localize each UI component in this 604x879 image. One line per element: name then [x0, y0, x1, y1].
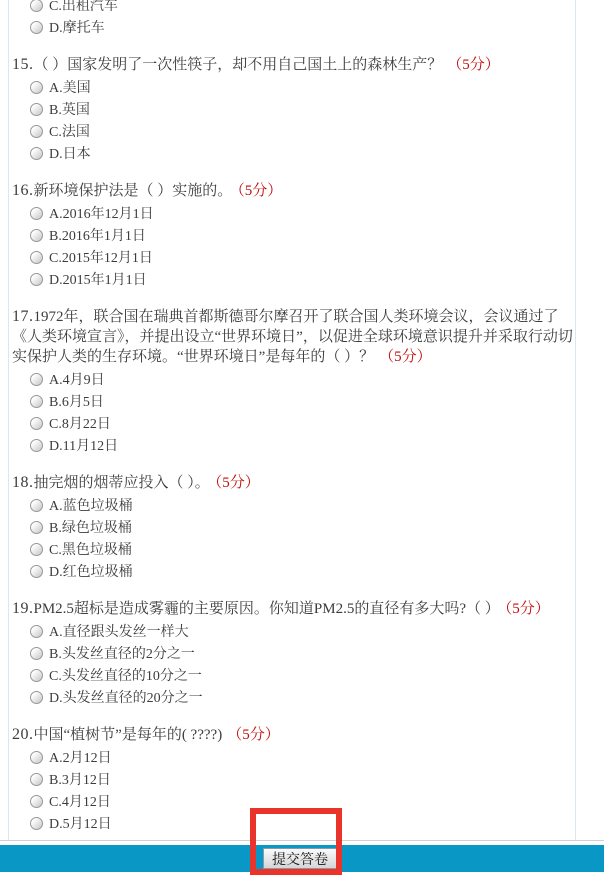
radio-button[interactable]	[30, 691, 43, 704]
question-19-option-c[interactable]: C.头发丝直径的10分之一	[12, 666, 575, 688]
question-text: 新环境保护法是（ ）实施的。	[34, 183, 233, 199]
question-20-option-d[interactable]: D.5月12日	[12, 814, 575, 836]
question-score: （5分）	[215, 475, 260, 491]
radio-button[interactable]	[30, 207, 43, 220]
radio-button[interactable]	[30, 499, 43, 512]
question-18-option-a[interactable]: A.蓝色垃圾桶	[12, 496, 575, 518]
option-label: C.2015年12月1日	[49, 251, 153, 266]
radio-button[interactable]	[30, 543, 43, 556]
question-16-option-d[interactable]: D.2015年1月1日	[12, 270, 575, 292]
radio-button[interactable]	[30, 439, 43, 452]
option-label: C.黑色垃圾桶	[49, 543, 132, 558]
question-14-partial: C.出租汽车 D.摩托车	[12, 0, 575, 40]
question-19-option-b[interactable]: B.头发丝直径的2分之一	[12, 644, 575, 666]
option-label: D.头发丝直径的20分之一	[49, 691, 203, 706]
option-label: C.4月12日	[49, 795, 111, 810]
option-label: B.绿色垃圾桶	[49, 521, 132, 536]
question-text: 中国“植树节”是每年的( ????)	[34, 727, 223, 743]
question-number: 20.	[12, 726, 34, 743]
question-14-option-c[interactable]: C.出租汽车	[12, 0, 575, 18]
radio-button[interactable]	[30, 625, 43, 638]
question-16-option-a[interactable]: A.2016年12月1日	[12, 204, 575, 226]
question-15: 15.（ ）国家发明了一次性筷子，却不用自己国土上的森林生产？（5分） A.美国…	[12, 55, 575, 166]
radio-button[interactable]	[30, 417, 43, 430]
option-label: B.英国	[49, 103, 90, 118]
question-number: 18.	[12, 474, 34, 491]
option-label: A.蓝色垃圾桶	[49, 499, 133, 514]
radio-button[interactable]	[30, 373, 43, 386]
option-label: D.11月12日	[49, 439, 118, 454]
radio-button[interactable]	[30, 647, 43, 660]
question-heading: 16.新环境保护法是（ ）实施的。（5分）	[12, 181, 575, 201]
radio-button[interactable]	[30, 251, 43, 264]
question-17: 17.1972年，联合国在瑞典首都斯德哥尔摩召开了联合国人类环境会议，会议通过了…	[12, 307, 575, 458]
radio-button[interactable]	[30, 229, 43, 242]
option-label: D.摩托车	[49, 21, 105, 36]
question-number: 19.	[12, 600, 34, 617]
quiz-form: C.出租汽车 D.摩托车 15.（ ）国家发明了一次性筷子，却不用自己国土上的森…	[8, 0, 576, 841]
radio-button[interactable]	[30, 147, 43, 160]
question-20-option-b[interactable]: B.3月12日	[12, 770, 575, 792]
option-label: A.直径跟头发丝一样大	[49, 625, 189, 640]
radio-button[interactable]	[30, 521, 43, 534]
question-score: （5分）	[447, 57, 500, 73]
question-heading: 20.中国“植树节”是每年的( ????)（5分）	[12, 725, 575, 745]
question-17-option-d[interactable]: D.11月12日	[12, 436, 575, 458]
question-text: PM2.5超标是造成雾霾的主要原因。你知道PM2.5的直径有多大吗?（ ）	[34, 601, 500, 617]
option-label: A.4月9日	[49, 373, 105, 388]
question-17-option-c[interactable]: C.8月22日	[12, 414, 575, 436]
question-score: （5分）	[237, 183, 282, 199]
radio-button[interactable]	[30, 81, 43, 94]
option-label: A.2月12日	[49, 751, 112, 766]
radio-button[interactable]	[30, 395, 43, 408]
question-20-option-c[interactable]: C.4月12日	[12, 792, 575, 814]
question-19: 19.PM2.5超标是造成雾霾的主要原因。你知道PM2.5的直径有多大吗?（ ）…	[12, 599, 575, 710]
radio-button[interactable]	[30, 21, 43, 34]
option-label: C.法国	[49, 125, 90, 140]
question-heading: 15.（ ）国家发明了一次性筷子，却不用自己国土上的森林生产？（5分）	[12, 55, 575, 75]
radio-button[interactable]	[30, 565, 43, 578]
option-label: A.美国	[49, 81, 91, 96]
question-heading: 17.1972年，联合国在瑞典首都斯德哥尔摩召开了联合国人类环境会议，会议通过了…	[12, 307, 575, 367]
question-19-option-a[interactable]: A.直径跟头发丝一样大	[12, 622, 575, 644]
question-18-option-d[interactable]: D.红色垃圾桶	[12, 562, 575, 584]
question-number: 16.	[12, 182, 34, 199]
option-label: C.8月22日	[49, 417, 111, 432]
option-label: B.2016年1月1日	[49, 229, 146, 244]
radio-button[interactable]	[30, 273, 43, 286]
question-20: 20.中国“植树节”是每年的( ????)（5分） A.2月12日 B.3月12…	[12, 725, 575, 836]
question-number: 17.	[12, 308, 34, 325]
option-label: A.2016年12月1日	[49, 207, 154, 222]
option-label: B.头发丝直径的2分之一	[49, 647, 195, 662]
quiz-page: { "page": { "background": "#ffffff", "co…	[0, 0, 604, 879]
question-heading: 18.抽完烟的烟蒂应投入（ ）。（5分）	[12, 473, 575, 493]
question-15-option-d[interactable]: D.日本	[12, 144, 575, 166]
radio-button[interactable]	[30, 0, 43, 12]
question-16-option-c[interactable]: C.2015年12月1日	[12, 248, 575, 270]
question-heading: 19.PM2.5超标是造成雾霾的主要原因。你知道PM2.5的直径有多大吗?（ ）…	[12, 599, 575, 619]
question-16: 16.新环境保护法是（ ）实施的。（5分） A.2016年12月1日 B.201…	[12, 181, 575, 292]
option-label: D.日本	[49, 147, 91, 162]
option-label: D.2015年1月1日	[49, 273, 147, 288]
question-18-option-b[interactable]: B.绿色垃圾桶	[12, 518, 575, 540]
option-label: D.5月12日	[49, 817, 112, 832]
content-bottom-divider	[0, 840, 604, 841]
option-label: B.6月5日	[49, 395, 104, 410]
question-score: （5分）	[227, 727, 280, 743]
question-15-option-b[interactable]: B.英国	[12, 100, 575, 122]
question-18-option-c[interactable]: C.黑色垃圾桶	[12, 540, 575, 562]
question-19-option-d[interactable]: D.头发丝直径的20分之一	[12, 688, 575, 710]
question-20-option-a[interactable]: A.2月12日	[12, 748, 575, 770]
option-label: B.3月12日	[49, 773, 111, 788]
option-label: D.红色垃圾桶	[49, 565, 133, 580]
question-number: 15.	[12, 56, 34, 73]
question-text: 抽完烟的烟蒂应投入（ ）。	[34, 475, 210, 491]
question-14-option-d[interactable]: D.摩托车	[12, 18, 575, 40]
question-text: （ ）国家发明了一次性筷子，却不用自己国土上的森林生产？	[34, 57, 443, 73]
radio-button[interactable]	[30, 751, 43, 764]
question-15-option-a[interactable]: A.美国	[12, 78, 575, 100]
option-label: C.头发丝直径的10分之一	[49, 669, 202, 684]
radio-button[interactable]	[30, 103, 43, 116]
question-17-option-b[interactable]: B.6月5日	[12, 392, 575, 414]
question-15-option-c[interactable]: C.法国	[12, 122, 575, 144]
radio-button[interactable]	[30, 669, 43, 682]
radio-button[interactable]	[30, 125, 43, 138]
question-score: （5分）	[505, 601, 550, 617]
question-score: （5分）	[379, 349, 432, 365]
submit-button[interactable]: 提交答卷	[263, 848, 337, 869]
question-18: 18.抽完烟的烟蒂应投入（ ）。（5分） A.蓝色垃圾桶 B.绿色垃圾桶 C.黑…	[12, 473, 575, 584]
question-17-option-a[interactable]: A.4月9日	[12, 370, 575, 392]
radio-button[interactable]	[30, 795, 43, 808]
radio-button[interactable]	[30, 773, 43, 786]
radio-button[interactable]	[30, 817, 43, 830]
option-label: C.出租汽车	[49, 0, 118, 14]
question-16-option-b[interactable]: B.2016年1月1日	[12, 226, 575, 248]
question-text: 1972年，联合国在瑞典首都斯德哥尔摩召开了联合国人类环境会议，会议通过了《人类…	[12, 309, 573, 365]
